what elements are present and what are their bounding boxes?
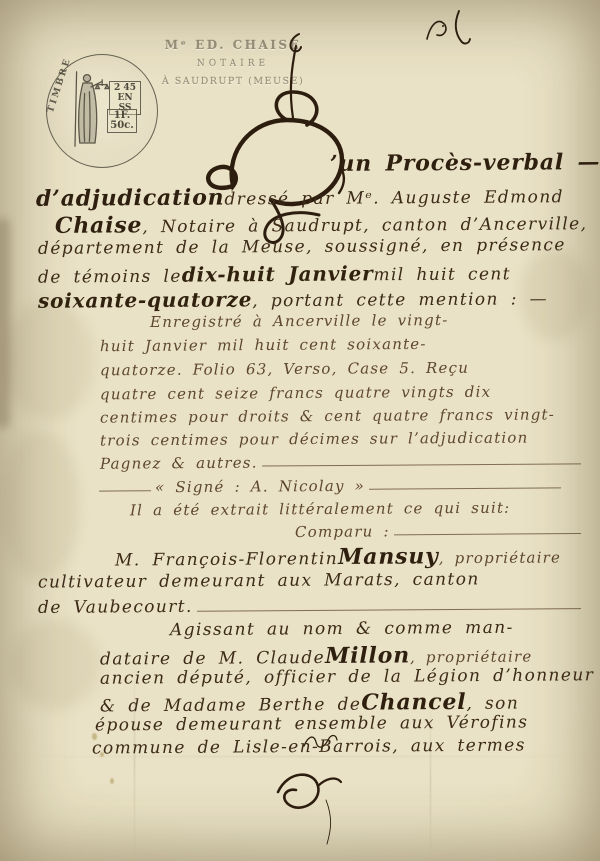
manuscript-text: M. François-Florentin — [115, 549, 338, 571]
manuscript-line: Agissant au nom & comme man- — [170, 618, 514, 640]
manuscript-line: cultivateur demeurant aux Marats, canton — [38, 569, 480, 592]
ink-rule — [394, 533, 581, 535]
manuscript-body: ’un Procès-verbal —d’adjudication dressé… — [0, 0, 600, 861]
manuscript-line: épouse demeurant ensemble aux Vérofins — [95, 712, 528, 735]
manuscript-line: de Vaubecourt. — [38, 594, 585, 618]
manuscript-line: d’adjudication dressé par Mᵉ. Auguste Ed… — [36, 182, 564, 212]
manuscript-line: trois centimes pour décimes sur l’adjudi… — [100, 429, 529, 450]
manuscript-text: dix-huit Janvier — [182, 261, 374, 286]
manuscript-text: Pagnez & autres. — [100, 454, 258, 473]
document-page: { "stamp": { "vertical_label": "TIMBRE",… — [0, 0, 600, 861]
ink-rule — [369, 487, 561, 489]
manuscript-text: ’un Procès-verbal — — [330, 149, 600, 177]
manuscript-text: d’adjudication — [36, 185, 225, 212]
manuscript-line: Pagnez & autres. — [100, 451, 585, 472]
manuscript-text: centimes pour droits & cent quatre franc… — [100, 405, 555, 426]
manuscript-text: soixante-quatorze — [38, 287, 252, 312]
ink-rule — [197, 608, 581, 612]
manuscript-text: dressé par Mᵉ. Auguste Edmond — [224, 187, 564, 209]
manuscript-line: ’un Procès-verbal — — [330, 149, 600, 177]
manuscript-text: Comparu : — [295, 522, 390, 541]
manuscript-text: trois centimes pour décimes sur l’adjudi… — [100, 429, 529, 450]
manuscript-text: commune de Lisle-en-Barrois, aux termes — [92, 735, 526, 758]
manuscript-text: , Notaire à Saudrupt, canton d’Ancervill… — [142, 214, 587, 237]
manuscript-line: « Signé : A. Nicolay » — [95, 475, 565, 496]
manuscript-line: huit Janvier mil huit cent soixante- — [100, 335, 427, 355]
ink-rule — [262, 463, 581, 466]
manuscript-line: ancien député, officier de la Légion d’h… — [100, 665, 594, 688]
manuscript-line: Chaise, Notaire à Saudrupt, canton d’Anc… — [55, 209, 588, 239]
manuscript-text: , portant cette mention : — — [252, 289, 548, 311]
manuscript-text: , propriétaire — [410, 647, 533, 666]
manuscript-text: Chaise — [55, 212, 142, 239]
manuscript-line: quatorze. Folio 63, Verso, Case 5. Reçu — [100, 359, 469, 380]
manuscript-line: département de la Meuse, soussigné, en p… — [38, 235, 566, 259]
manuscript-text: de témoins le — [38, 267, 182, 288]
manuscript-text: dataire de M. Claude — [100, 648, 325, 670]
manuscript-text: , son — [466, 694, 519, 714]
manuscript-text: quatre cent seize francs quatre vingts d… — [100, 383, 491, 404]
manuscript-text: Mansuy — [338, 543, 439, 570]
ink-rule — [99, 490, 151, 491]
manuscript-text: de Vaubecourt. — [38, 597, 193, 618]
manuscript-text: , propriétaire — [439, 548, 562, 567]
manuscript-text: Il a été extrait littéralement ce qui su… — [130, 499, 511, 520]
manuscript-text: Chancel — [361, 689, 466, 716]
manuscript-text: « Signé : A. Nicolay » — [155, 477, 365, 496]
manuscript-text: cultivateur demeurant aux Marats, canton — [38, 569, 480, 592]
manuscript-text: ancien député, officier de la Légion d’h… — [100, 665, 594, 688]
manuscript-line: Il a été extrait littéralement ce qui su… — [130, 499, 511, 520]
manuscript-text: Enregistré à Ancerville le vingt- — [150, 311, 449, 331]
manuscript-text: Agissant au nom & comme man- — [170, 618, 514, 640]
manuscript-text: Millon — [325, 642, 410, 669]
manuscript-line: Comparu : — [295, 521, 585, 541]
manuscript-text: quatorze. Folio 63, Verso, Case 5. Reçu — [100, 359, 469, 380]
manuscript-line: de témoins le dix-huit Janvier mil huit … — [38, 260, 511, 287]
manuscript-text: mil huit cent — [373, 264, 511, 285]
manuscript-text: épouse demeurant ensemble aux Vérofins — [95, 712, 528, 735]
manuscript-text: département de la Meuse, soussigné, en p… — [38, 235, 566, 259]
manuscript-line: soixante-quatorze, portant cette mention… — [38, 285, 548, 313]
manuscript-line: Enregistré à Ancerville le vingt- — [150, 311, 449, 331]
manuscript-text: huit Janvier mil huit cent soixante- — [100, 335, 427, 355]
manuscript-line: quatre cent seize francs quatre vingts d… — [100, 383, 491, 404]
manuscript-line: centimes pour droits & cent quatre franc… — [100, 405, 555, 426]
manuscript-line: commune de Lisle-en-Barrois, aux termes — [92, 735, 526, 758]
manuscript-line: M. François-Florentin Mansuy, propriétai… — [115, 542, 561, 571]
